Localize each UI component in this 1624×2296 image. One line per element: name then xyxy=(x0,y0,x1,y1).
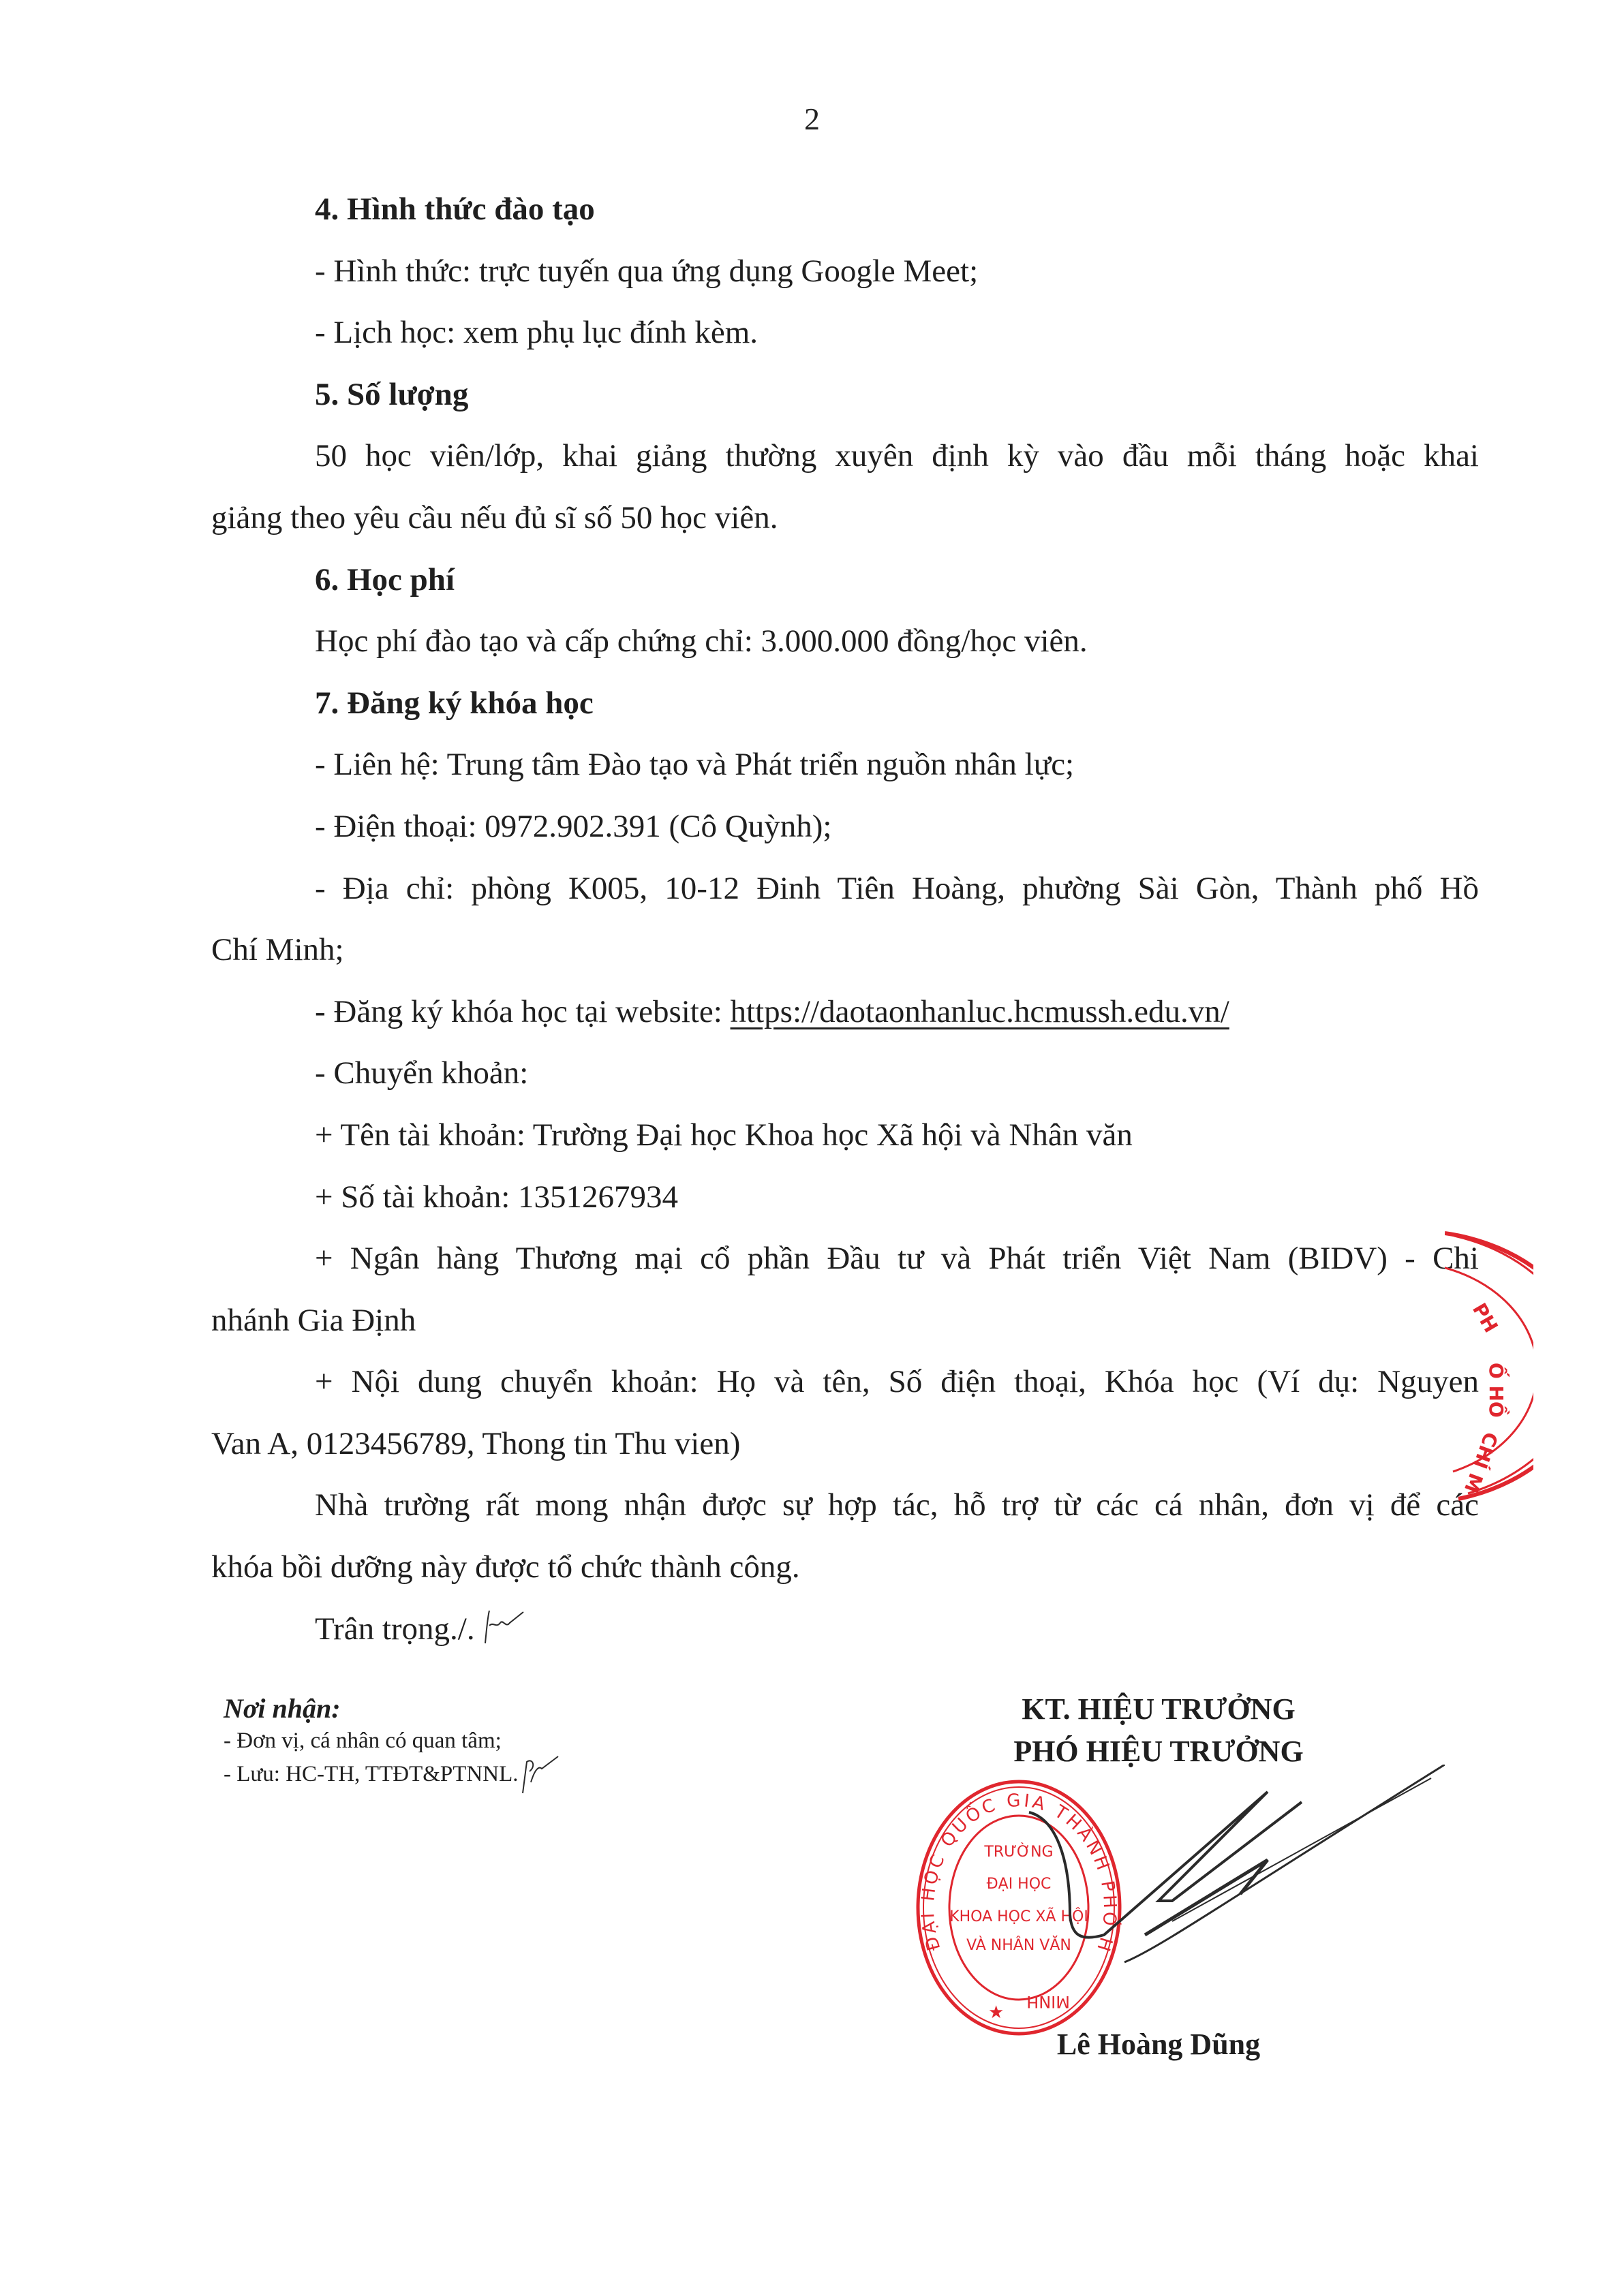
svg-text:MINH: MINH xyxy=(1026,1992,1070,2011)
tuition-line: Học phí đào tạo và cấp chứng chỉ: 3.000.… xyxy=(211,610,1479,672)
transfer-content-line1: + Nội dung chuyển khoản: Họ và tên, Số đ… xyxy=(211,1351,1479,1413)
section-heading-tuition: 6. Học phí xyxy=(211,549,1479,611)
contact-line: - Liên hệ: Trung tâm Đào tạo và Phát tri… xyxy=(211,734,1479,796)
schedule-line: - Lịch học: xem phụ lục đính kèm. xyxy=(211,302,1479,364)
bank-line2: nhánh Gia Định xyxy=(211,1290,1479,1352)
quantity-paragraph-line2: giảng theo yêu cầu nếu đủ sĩ số 50 học v… xyxy=(211,487,1479,549)
initial-mark-icon xyxy=(519,1755,560,1796)
closing-line2: khóa bồi dưỡng này được tổ chức thành cô… xyxy=(211,1536,1479,1598)
quantity-paragraph-line1: 50 học viên/lớp, khai giảng thường xuyên… xyxy=(211,425,1479,487)
regards-line: Trân trọng./. xyxy=(211,1598,1479,1660)
page-number: 2 xyxy=(0,101,1624,137)
svg-text:Ố HỒ: Ố HỒ xyxy=(1485,1363,1511,1418)
svg-text:★: ★ xyxy=(988,2002,1004,2023)
account-name-line: + Tên tài khoản: Trường Đại học Khoa học… xyxy=(211,1104,1479,1166)
training-format-line: - Hình thức: trực tuyến qua ứng dụng Goo… xyxy=(211,241,1479,302)
section-heading-quantity: 5. Số lượng xyxy=(211,364,1479,426)
bank-line1: + Ngân hàng Thương mại cổ phần Đầu tư và… xyxy=(211,1228,1479,1290)
address-line1: - Địa chỉ: phòng K005, 10-12 Đinh Tiên H… xyxy=(211,858,1479,920)
regards-text: Trân trọng./. xyxy=(315,1611,475,1647)
section-heading-training-format: 4. Hình thức đào tạo xyxy=(211,179,1479,241)
handwritten-signature-icon xyxy=(954,1765,1445,1989)
phone-line: - Điện thoại: 0972.902.391 (Cô Quỳnh); xyxy=(211,796,1479,858)
signer-name: Lê Hoàng Dũng xyxy=(906,2027,1411,2062)
document-body: 4. Hình thức đào tạo - Hình thức: trực t… xyxy=(211,179,1479,1660)
website-line: - Đăng ký khóa học tại website: https://… xyxy=(211,981,1479,1043)
transfer-label: - Chuyển khoản: xyxy=(211,1042,1479,1104)
stamp-fragment-icon: PH Ố HỒ CHÍ M xyxy=(1445,1226,1533,1506)
recipients-block: Nơi nhận: - Đơn vị, cá nhân có quan tâm;… xyxy=(224,1691,560,1796)
recipient-item: - Lưu: HC-TH, TTĐT&PTNNL. xyxy=(224,1755,560,1796)
signature-title-block: KT. HIỆU TRƯỞNG PHÓ HIỆU TRƯỞNG xyxy=(906,1688,1411,1773)
account-number-line: + Số tài khoản: 1351267934 xyxy=(211,1166,1479,1228)
recipients-title: Nơi nhận: xyxy=(224,1691,560,1726)
signature-title-line1: KT. HIỆU TRƯỞNG xyxy=(906,1688,1411,1731)
section-heading-registration: 7. Đăng ký khóa học xyxy=(211,672,1479,734)
website-link[interactable]: https://daotaonhanluc.hcmussh.edu.vn/ xyxy=(731,994,1229,1029)
closing-line1: Nhà trường rất mong nhận được sự hợp tác… xyxy=(211,1474,1479,1536)
website-label: - Đăng ký khóa học tại website: xyxy=(315,994,731,1029)
address-line2: Chí Minh; xyxy=(211,919,1479,981)
recipient-item: - Đơn vị, cá nhân có quan tâm; xyxy=(224,1726,560,1755)
transfer-content-line2: Van A, 0123456789, Thong tin Thu vien) xyxy=(211,1413,1479,1475)
initial-mark-icon xyxy=(478,1608,526,1649)
svg-text:PH: PH xyxy=(1468,1299,1503,1337)
